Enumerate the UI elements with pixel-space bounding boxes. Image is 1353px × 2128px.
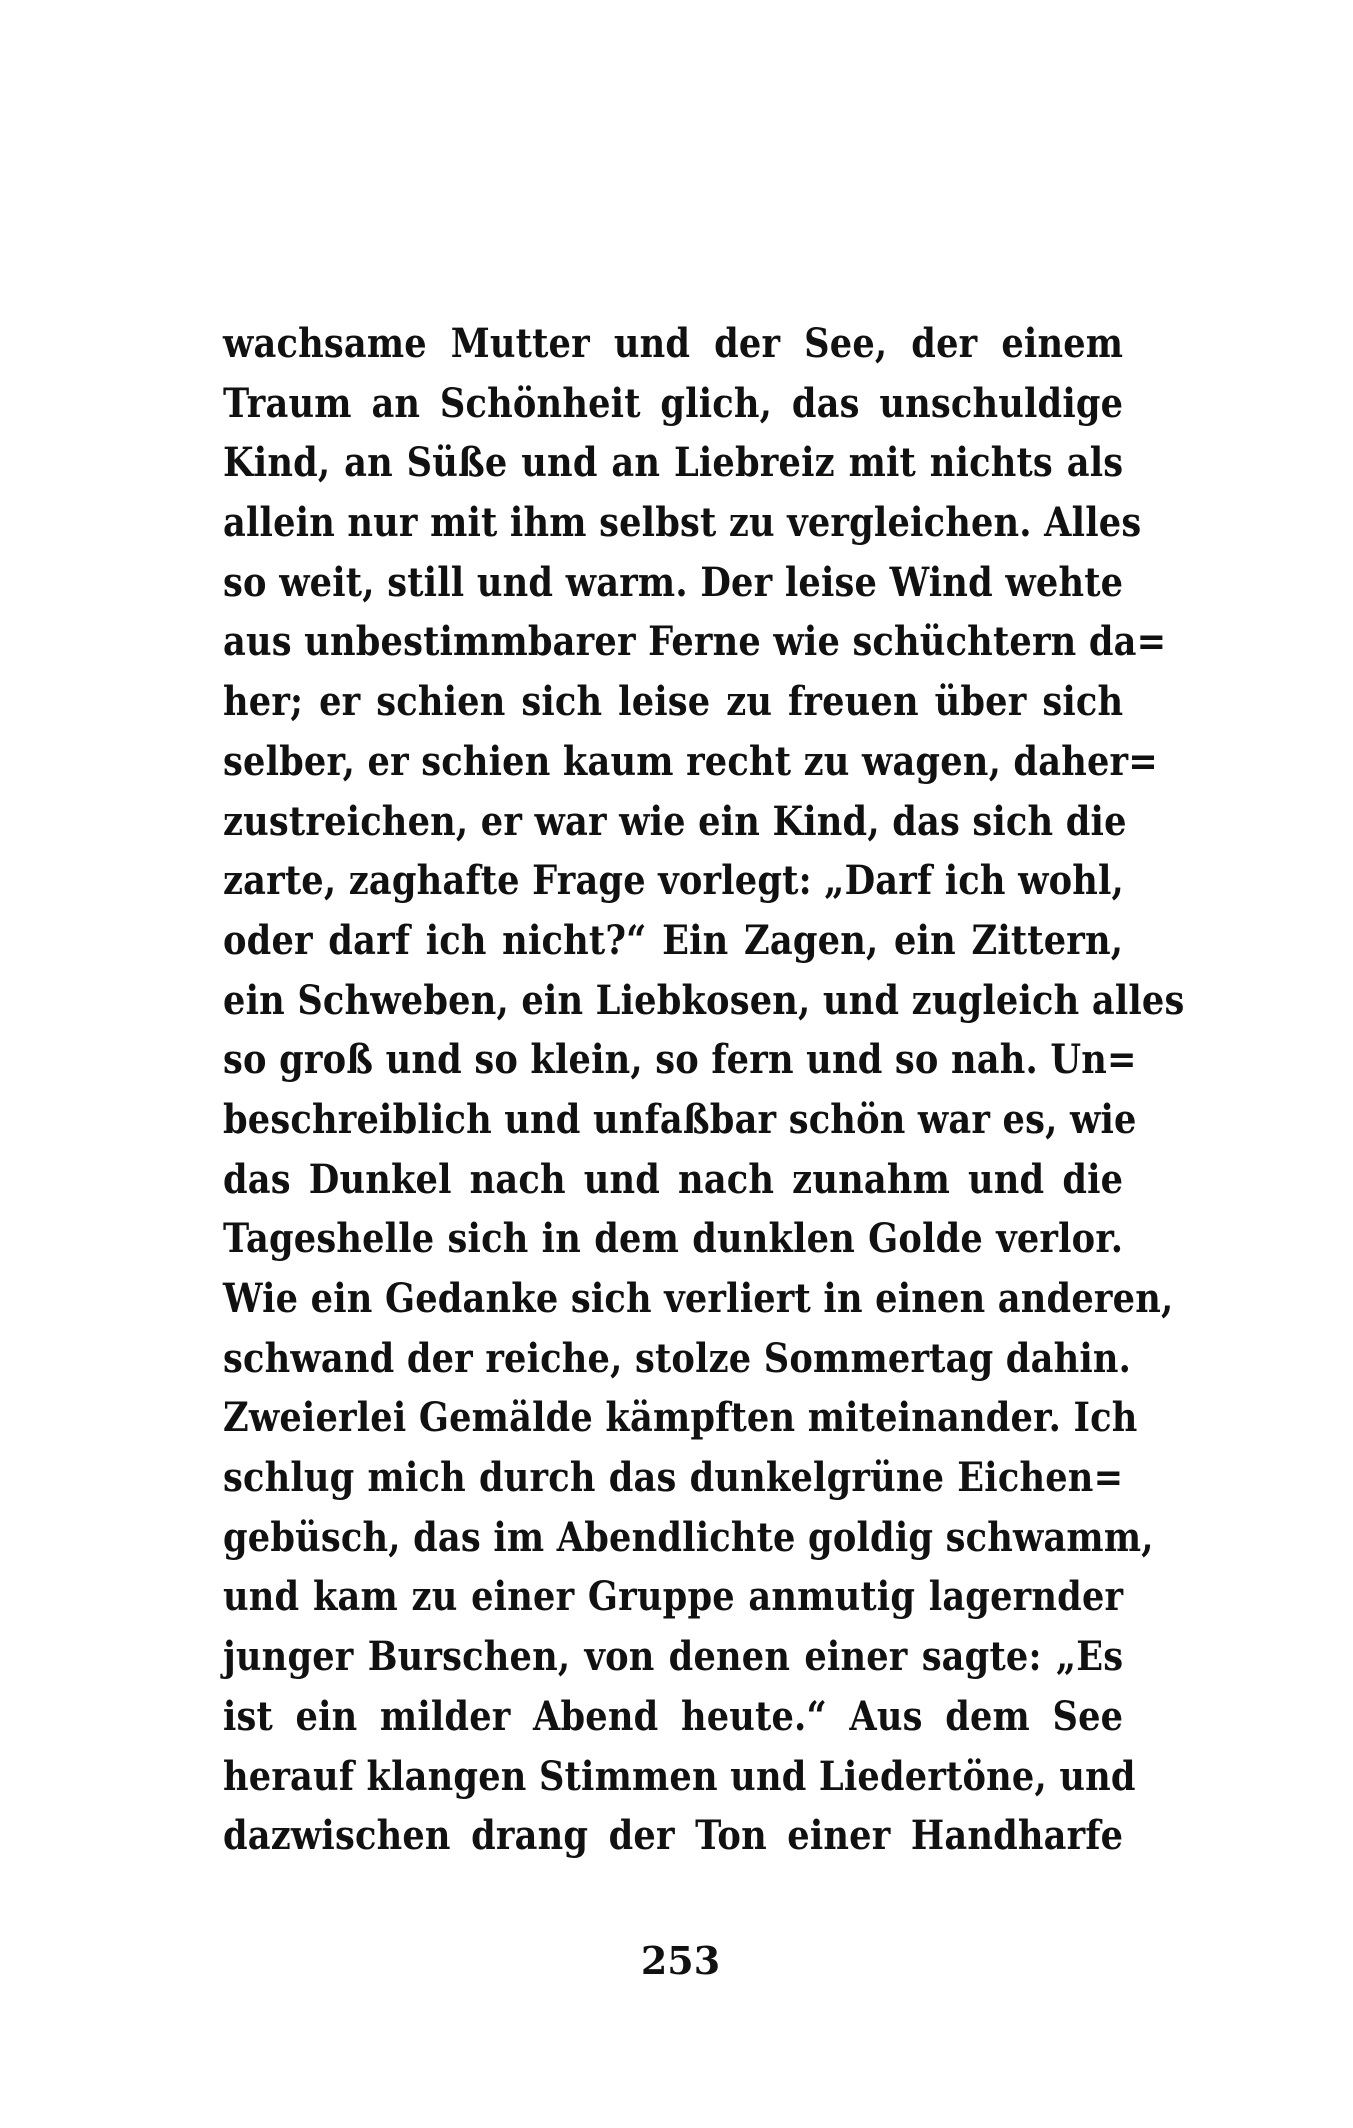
text-line: junger Burschen, von denen einer sagte: … (223, 1627, 1123, 1687)
page-number: 253 (0, 1938, 1353, 1983)
text-line: zustreichen, er war wie ein Kind, das si… (223, 792, 1123, 852)
text-line: her; er schien sich leise zu freuen über… (223, 672, 1123, 732)
text-line: das Dunkel nach und nach zunahm und die (223, 1150, 1123, 1210)
body-text: wachsame Mutter und der See, der einem T… (223, 314, 1123, 1866)
text-line: allein nur mit ihm selbst zu vergleichen… (223, 493, 1123, 553)
text-line: Traum an Schönheit glich, das unschuldig… (223, 374, 1123, 434)
text-line: oder darf ich nicht?“ Ein Zagen, ein Zit… (223, 911, 1123, 971)
text-line: Wie ein Gedanke sich verliert in einen a… (223, 1269, 1123, 1329)
text-line: selber, er schien kaum recht zu wagen, d… (223, 732, 1123, 792)
text-line: aus unbestimmbarer Ferne wie schüchtern … (223, 612, 1123, 672)
text-line: dazwischen drang der Ton einer Handharfe (223, 1806, 1123, 1866)
text-line: schwand der reiche, stolze Sommertag dah… (223, 1329, 1123, 1389)
text-line: schlug mich durch das dunkelgrüne Eichen… (223, 1448, 1123, 1508)
text-line: zarte, zaghafte Frage vorlegt: „Darf ich… (223, 851, 1123, 911)
book-page: wachsame Mutter und der See, der einem T… (0, 0, 1353, 2128)
text-line: ein Schweben, ein Liebkosen, und zugleic… (223, 971, 1123, 1031)
text-line: so weit, still und warm. Der leise Wind … (223, 553, 1123, 613)
text-line: ist ein milder Abend heute.“ Aus dem See (223, 1687, 1123, 1747)
text-line: wachsame Mutter und der See, der einem (223, 314, 1123, 374)
text-line: herauf klangen Stimmen und Liedertöne, u… (223, 1747, 1123, 1807)
text-line: so groß und so klein, so fern und so nah… (223, 1030, 1123, 1090)
text-line: Tageshelle sich in dem dunklen Golde ver… (223, 1209, 1123, 1269)
text-line: beschreiblich und unfaßbar schön war es,… (223, 1090, 1123, 1150)
text-line: Kind, an Süße und an Liebreiz mit nichts… (223, 433, 1123, 493)
text-line: Zweierlei Gemälde kämpften miteinander. … (223, 1388, 1123, 1448)
text-line: und kam zu einer Gruppe anmutig lagernde… (223, 1567, 1123, 1627)
text-line: gebüsch, das im Abendlichte goldig schwa… (223, 1508, 1123, 1568)
